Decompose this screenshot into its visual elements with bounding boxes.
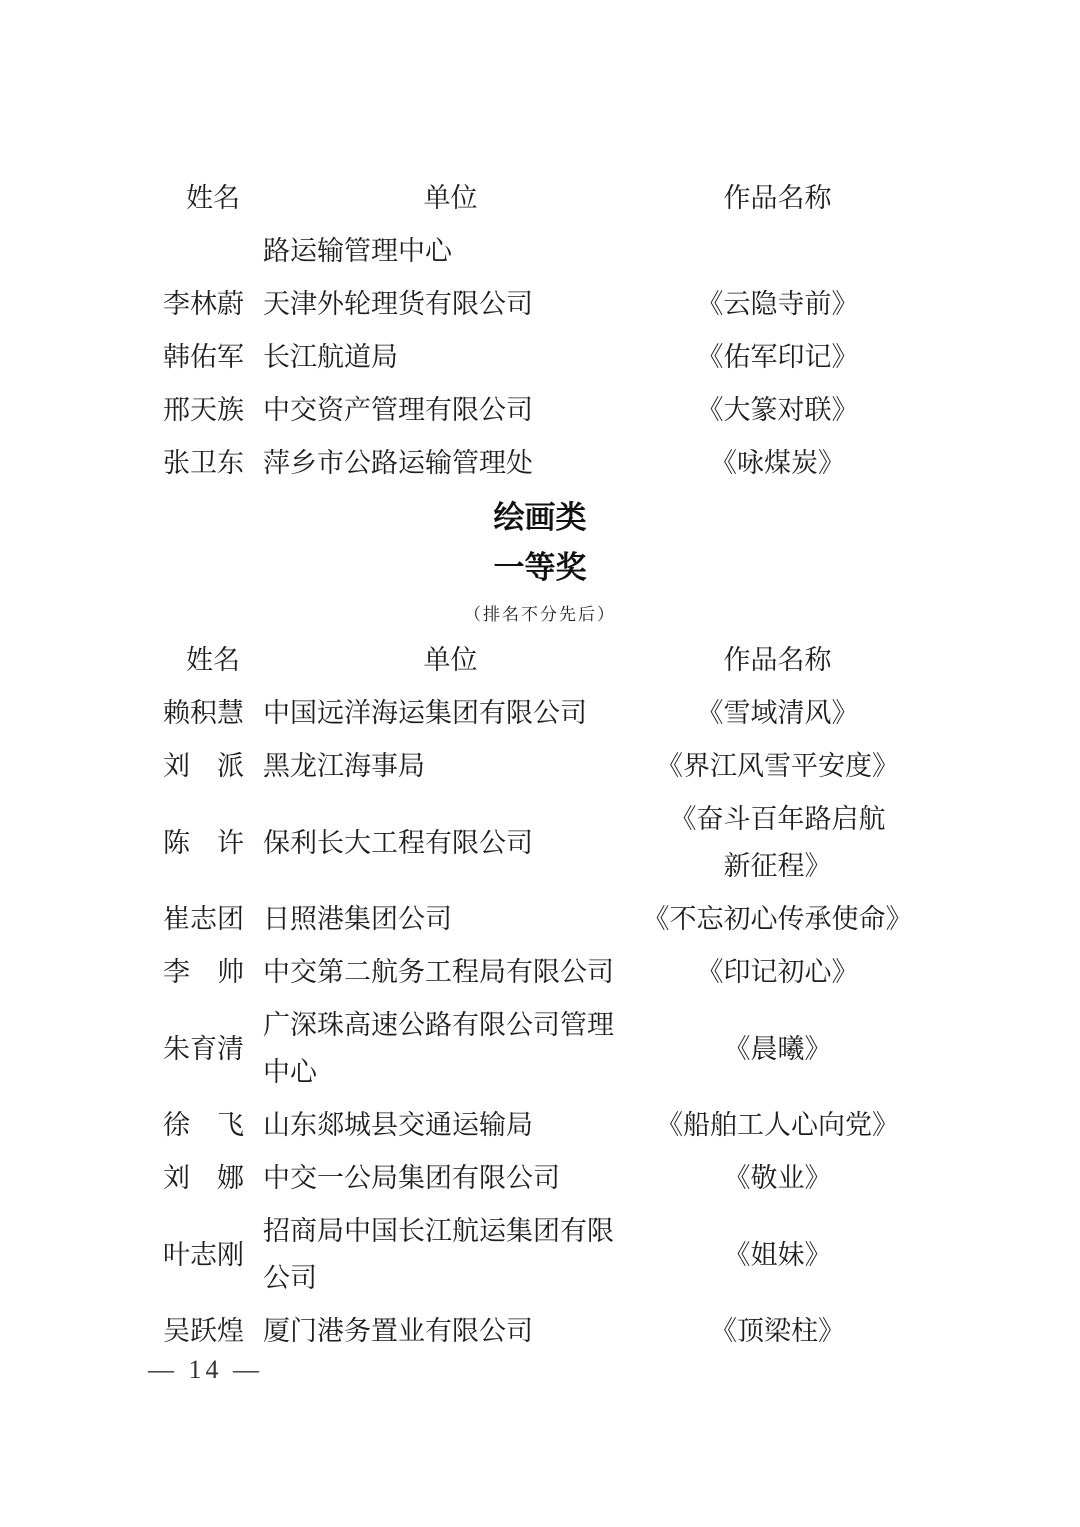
winner-unit: 中交资产管理有限公司 [263,387,638,434]
work-title: 《云隐寺前》 [638,281,917,328]
winner-name: 韩佑军 [163,334,263,381]
winner-name: 邢天族 [163,387,263,434]
column-header-unit: 单位 [263,637,638,684]
table-row: 刘 派 黑龙江海事局 《界江风雪平安度》 [163,743,917,790]
work-title: 《晨曦》 [638,1026,917,1073]
table-row: 邢天族 中交资产管理有限公司 《大篆对联》 [163,387,917,434]
winner-name: 赖积慧 [163,690,263,737]
winner-name: 张卫东 [163,440,263,487]
table-header-row: 姓名 单位 作品名称 [163,175,917,222]
table-row: 朱育清 广深珠高速公路有限公司管理 中心 《晨曦》 [163,1002,917,1096]
table-row: 韩佑军 长江航道局 《佑军印记》 [163,334,917,381]
winner-name: 李林蔚 [163,281,263,328]
winner-name: 叶志刚 [163,1232,263,1279]
work-title: 《奋斗百年路启航 新征程》 [638,796,917,890]
awards-table-top: 姓名 单位 作品名称 路运输管理中心 李林蔚 天津外轮理货有限公司 《云隐寺前》 [163,175,917,487]
column-header-work: 作品名称 [638,175,917,222]
winner-unit: 招商局中国长江航运集团有限 公司 [263,1208,638,1302]
work-title: 《界江风雪平安度》 [638,743,917,790]
table-row: 张卫东 萍乡市公路运输管理处 《咏煤炭》 [163,440,917,487]
winner-unit: 萍乡市公路运输管理处 [263,440,638,487]
winner-unit: 路运输管理中心 [263,228,638,275]
work-title: 《大篆对联》 [638,387,917,434]
work-title: 《姐妹》 [638,1232,917,1279]
winner-unit: 保利长大工程有限公司 [263,820,638,867]
winner-name: 朱育清 [163,1026,263,1073]
winner-unit: 广深珠高速公路有限公司管理 中心 [263,1002,638,1096]
table-row: 李 帅 中交第二航务工程局有限公司 《印记初心》 [163,949,917,996]
awards-table-painting-first-prize: 姓名 单位 作品名称 赖积慧 中国远洋海运集团有限公司 《雪域清风》 刘 派 黑… [163,637,917,1355]
winner-unit: 中国远洋海运集团有限公司 [263,690,638,737]
document-page: 姓名 单位 作品名称 路运输管理中心 李林蔚 天津外轮理货有限公司 《云隐寺前》 [0,0,1080,1527]
table-row: 叶志刚 招商局中国长江航运集团有限 公司 《姐妹》 [163,1208,917,1302]
work-title: 《顶梁柱》 [638,1308,917,1355]
table-row: 赖积慧 中国远洋海运集团有限公司 《雪域清风》 [163,690,917,737]
work-title: 《佑军印记》 [638,334,917,381]
work-title: 《咏煤炭》 [638,440,917,487]
winner-name: 李 帅 [163,949,263,996]
table-row: 路运输管理中心 [163,228,917,275]
table-row: 徐 飞 山东郯城县交通运输局 《船舶工人心向党》 [163,1102,917,1149]
winner-unit: 长江航道局 [263,334,638,381]
section-category-title: 绘画类 [163,493,917,543]
winner-unit: 日照港集团公司 [263,896,638,943]
winner-name: 刘 娜 [163,1155,263,1202]
table-row: 刘 娜 中交一公局集团有限公司 《敬业》 [163,1155,917,1202]
table-row: 崔志团 日照港集团公司 《不忘初心传承使命》 [163,896,917,943]
work-title: 《印记初心》 [638,949,917,996]
work-title: 《不忘初心传承使命》 [638,896,917,943]
section-ranking-note: （排名不分先后） [163,603,917,627]
column-header-name: 姓名 [163,637,263,684]
page-number: — 14 — [148,1355,263,1385]
winner-name: 陈 许 [163,820,263,867]
winner-name: 崔志团 [163,896,263,943]
column-header-unit: 单位 [263,175,638,222]
winner-name: 吴跃煌 [163,1308,263,1355]
section-heading-block: 绘画类 一等奖 （排名不分先后） [163,493,917,627]
section-award-title: 一等奖 [163,543,917,593]
column-header-name: 姓名 [163,175,263,222]
winner-unit: 厦门港务置业有限公司 [263,1308,638,1355]
winner-name: 刘 派 [163,743,263,790]
winner-unit: 天津外轮理货有限公司 [263,281,638,328]
page-content: 姓名 单位 作品名称 路运输管理中心 李林蔚 天津外轮理货有限公司 《云隐寺前》 [163,175,917,1361]
table-row: 吴跃煌 厦门港务置业有限公司 《顶梁柱》 [163,1308,917,1355]
table-row: 李林蔚 天津外轮理货有限公司 《云隐寺前》 [163,281,917,328]
winner-unit: 山东郯城县交通运输局 [263,1102,638,1149]
table-header-row: 姓名 单位 作品名称 [163,637,917,684]
winner-name: 徐 飞 [163,1102,263,1149]
work-title: 《船舶工人心向党》 [638,1102,917,1149]
table-row: 陈 许 保利长大工程有限公司 《奋斗百年路启航 新征程》 [163,796,917,890]
winner-unit: 黑龙江海事局 [263,743,638,790]
winner-unit: 中交一公局集团有限公司 [263,1155,638,1202]
work-title: 《敬业》 [638,1155,917,1202]
column-header-work: 作品名称 [638,637,917,684]
winner-unit: 中交第二航务工程局有限公司 [263,949,638,996]
work-title: 《雪域清风》 [638,690,917,737]
